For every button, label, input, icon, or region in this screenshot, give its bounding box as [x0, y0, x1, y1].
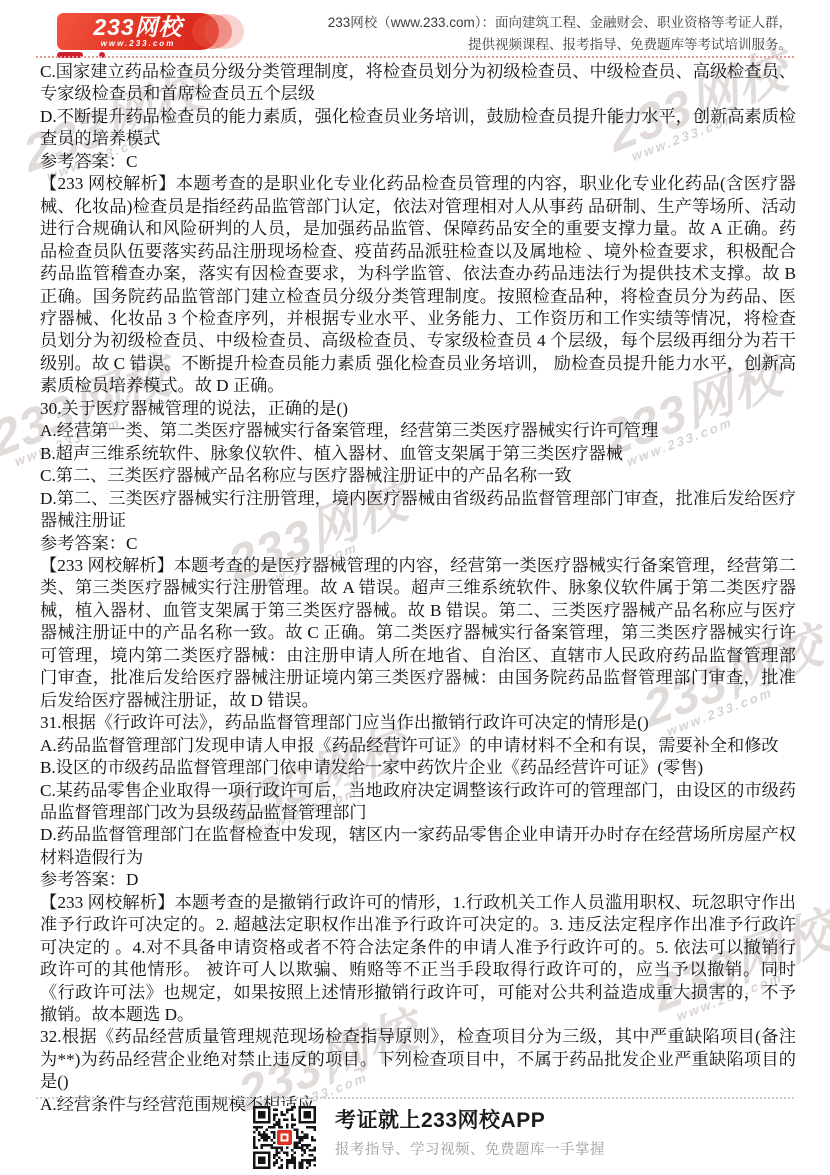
q29-answer: 参考答案：C — [40, 151, 796, 173]
app-promo-footer: 考证就上233网校APP 报考指导、学习视频、免费题库一手掌握 — [14, 1106, 830, 1169]
q30-stem: 30.关于医疗器械管理的说法，正确的是() — [40, 398, 796, 420]
q31-option-b: B.设区的市级药品监督管理部门依申请发给一家中药饮片企业《药品经营许可证》(零售… — [40, 757, 796, 779]
q30-explanation: 【233 网校解析】本题考查的是医疗器械管理的内容，经营第一类医疗器械实行备案管… — [40, 555, 796, 712]
q29-explanation: 【233 网校解析】本题考查的是职业化专业化药品检查员管理的内容，职业化专业化药… — [40, 173, 796, 398]
footer-dotted-divider — [36, 1097, 794, 1099]
exam-content: C.国家建立药品检查员分级分类管理制度，将检查员划分为初级检查员、中级检查员、高… — [40, 61, 796, 1116]
q30-option-a: A.经营第一类、第二类医疗器械实行备案管理，经营第三类医疗器械实行许可管理 — [40, 420, 796, 442]
site-logo: 233网校 www.233.com — [57, 13, 219, 50]
app-promo-text: 考证就上233网校APP 报考指导、学习视频、免费题库一手掌握 — [335, 1106, 605, 1159]
app-promo-subtitle: 报考指导、学习视频、免费题库一手掌握 — [335, 1141, 605, 1159]
q31-option-d: D.药品监督管理部门在监督检查中发现，辖区内一家药品零售企业申请开办时存在经营场… — [40, 824, 796, 869]
q31-stem: 31.根据《行政许可法》，药品监督管理部门应当作出撤销行政许可决定的情形是() — [40, 712, 796, 734]
q30-option-b: B.超声三维系统软件、脉象仪软件、植入器材、血管支架属于第三类医疗器械 — [40, 443, 796, 465]
document-page: 233网校www.233.com 233网校www.233.com 233网校w… — [0, 0, 830, 1175]
q32-stem: 32.根据《药品经营质量管理规范现场检查指导原则》，检查项目分为三级，其中严重缺… — [40, 1026, 796, 1093]
site-tagline: 233网校（www.233.com）：面向建筑工程、金融财会、职业资格等考证人群… — [328, 12, 792, 55]
app-promo-title: 考证就上233网校APP — [335, 1108, 605, 1134]
q31-option-a: A.药品监督管理部门发现申请人申报《药品经营许可证》的申请材料不全和有误，需要补… — [40, 735, 796, 757]
logo-title: 233网校 — [57, 15, 219, 39]
logo-url: www.233.com — [57, 39, 219, 48]
q30-answer: 参考答案：C — [40, 533, 796, 555]
q31-option-c: C.某药品零售企业取得一项行政许可后，当地政府决定调整该行政许可的管理部门，由设… — [40, 780, 796, 825]
q30-option-d: D.第二、三类医疗器械实行注册管理，境内医疗器械由省级药品监督管理部门审查，批准… — [40, 488, 796, 533]
q31-answer: 参考答案：D — [40, 869, 796, 891]
header-dotted-divider — [36, 56, 794, 58]
q30-option-c: C.第二、三类医疗器械产品名称应与医疗器械注册证中的产品名称一致 — [40, 465, 796, 487]
qr-code — [253, 1106, 316, 1169]
q29-option-d: D.不断提升药品检查员的能力素质，强化检查员业务培训，鼓励检查员提升能力水平，创… — [40, 106, 796, 151]
tagline-line-1: 233网校（www.233.com）：面向建筑工程、金融财会、职业资格等考证人群… — [328, 12, 792, 34]
tagline-line-2: 提供视频课程、报考指导、免费题库等考试培训服务。 — [328, 34, 792, 56]
page-header: 233网校 www.233.com 233网校（www.233.com）：面向建… — [0, 0, 830, 57]
q31-explanation: 【233 网校解析】本题考查的是撤销行政许可的情形，1.行政机关工作人员滥用职权… — [40, 892, 796, 1027]
q29-option-c: C.国家建立药品检查员分级分类管理制度，将检查员划分为初级检查员、中级检查员、高… — [40, 61, 796, 106]
